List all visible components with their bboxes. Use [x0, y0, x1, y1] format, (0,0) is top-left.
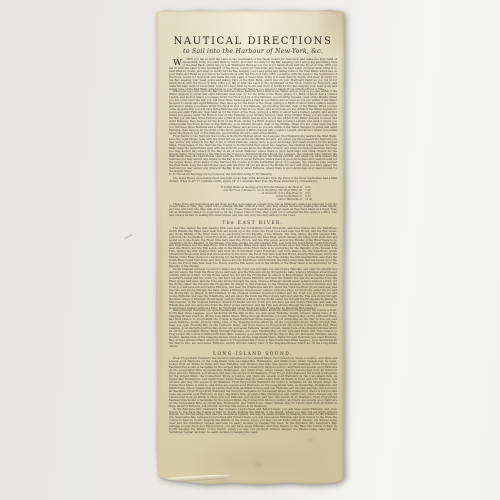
photo-background: NAUTICAL DIRECTIONS to Sail into the Har…	[0, 0, 500, 500]
paper-wrapper: NAUTICAL DIRECTIONS to Sail into the Har…	[156, 9, 345, 485]
opening-paragraph: WHEN you fall in with the Land to the So…	[169, 59, 337, 91]
tide-row: And at Hell-Gate, at 10 30	[191, 198, 315, 201]
broadside-subtitle: to Sail into the Harbour of New-York, &c…	[169, 48, 337, 56]
tide-table: It is High Water on the Days of the Full…	[191, 186, 315, 201]
body-text: WHEN you fall in with the Land to the So…	[169, 59, 337, 435]
opening-paragraph: From hence to the Narrows the Course is …	[169, 136, 337, 174]
east-river-paragraph: Being through Hell-Gate you open Flushin…	[169, 310, 337, 348]
opening-paragraph-text: HEN you fall in with the Land to the Sou…	[169, 58, 337, 91]
pilot-note: These Tides and Soundings are set down a…	[169, 204, 337, 219]
section-heading-east-river: The EAST RIVER.	[169, 221, 337, 226]
broadside-title: NAUTICAL DIRECTIONS	[169, 36, 337, 47]
printed-content: NAUTICAL DIRECTIONS to Sail into the Har…	[156, 9, 345, 485]
east-river-paragraph: The Tide, during the first Quarter Ebb, …	[169, 228, 337, 269]
pencil-mark	[124, 234, 133, 239]
document-page: NAUTICAL DIRECTIONS to Sail into the Har…	[156, 9, 345, 485]
tide-row-label: And at Hell-Gate, at	[191, 198, 305, 201]
opening-paragraph: When you are come upon the Bar you will …	[169, 91, 337, 135]
east-river-paragraph: In the Channel between Governor's-Island…	[169, 269, 337, 310]
long-island-paragraph: From Frog's-Point Eastward the Sound is …	[169, 358, 337, 408]
lighthouse-note: The Light-House upon Sandy-Hook was buil…	[169, 178, 337, 184]
tide-row-time: 10 30	[305, 198, 315, 201]
long-island-paragraph: In the Entrance into Newtown's Bay, betw…	[169, 409, 337, 436]
